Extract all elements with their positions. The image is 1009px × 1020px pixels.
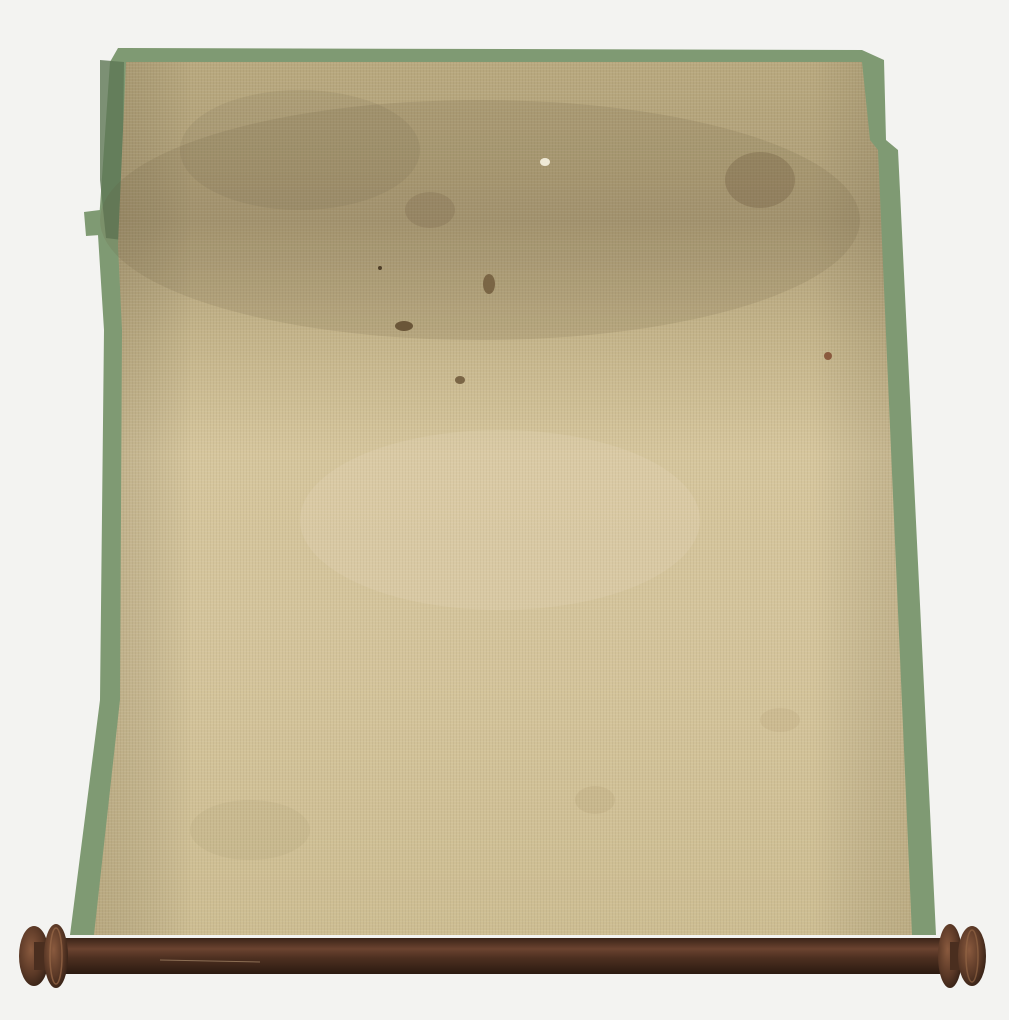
scroll-photo: [0, 0, 1009, 1020]
left-finial: [19, 924, 68, 988]
scroll-illustration: [0, 0, 1009, 1020]
right-finial: [938, 924, 986, 988]
